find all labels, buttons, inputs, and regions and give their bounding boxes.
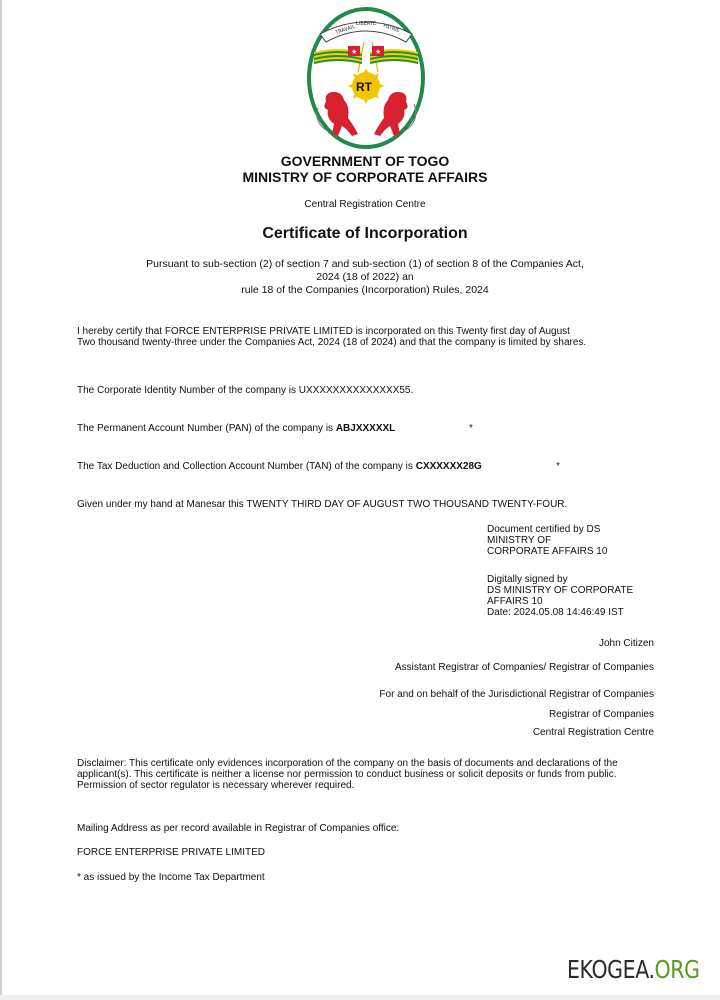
registrar-line: Registrar of Companies — [549, 709, 654, 720]
certify-statement: I hereby certify that FORCE ENTERPRISE P… — [77, 326, 586, 348]
ministry-title: MINISTRY OF CORPORATE AFFAIRS — [0, 169, 720, 185]
certificate-document: TRAVAIL LIBERTÉ PATRIE ★ ★ — [0, 0, 720, 1000]
certificate-title: Certificate of Incorporation — [0, 225, 720, 243]
mailing-address-label: Mailing Address as per record available … — [77, 823, 399, 834]
given-statement: Given under my hand at Manesar this TWEN… — [77, 499, 567, 510]
tan-footnote-mark: * — [556, 461, 560, 472]
tan-value: CXXXXXX28G — [416, 461, 482, 472]
motto-liberte: LIBERTÉ — [356, 19, 376, 27]
signatory-name: John Citizen — [599, 638, 654, 649]
pan-footnote-mark: * — [469, 423, 473, 434]
pan-statement: The Permanent Account Number (PAN) of th… — [77, 423, 395, 434]
cin-statement: The Corporate Identity Number of the com… — [77, 385, 413, 396]
disclaimer: Disclaimer: This certificate only eviden… — [77, 758, 647, 791]
emblem-initials: RT — [356, 80, 373, 94]
on-behalf-line: For and on behalf of the Jurisdictional … — [379, 689, 654, 700]
government-title: GOVERNMENT OF TOGO — [0, 153, 720, 169]
digital-signature-block: Digitally signed by DS MINISTRY OF CORPO… — [487, 574, 633, 618]
svg-text:★: ★ — [375, 48, 381, 56]
togo-coat-of-arms-icon: TRAVAIL LIBERTÉ PATRIE ★ ★ — [306, 6, 426, 150]
tan-statement: The Tax Deduction and Collection Account… — [77, 461, 482, 472]
mailing-address-name: FORCE ENTERPRISE PRIVATE LIMITED — [77, 847, 265, 858]
sun-icon: RT — [348, 68, 384, 104]
registration-centre: Central Registration Centre — [0, 199, 720, 210]
pursuant-clause: Pursuant to sub-section (2) of section 7… — [100, 258, 630, 297]
ekogea-watermark: EKOGEA.ORG — [567, 955, 700, 984]
income-tax-footnote: * as issued by the Income Tax Department — [77, 872, 265, 883]
pan-value: ABJXXXXXL — [336, 423, 395, 434]
centre-line: Central Registration Centre — [533, 727, 654, 738]
certified-by-block: Document certified by DS MINISTRY OF COR… — [487, 524, 607, 557]
svg-text:★: ★ — [351, 48, 357, 56]
signatory-role: Assistant Registrar of Companies/ Regist… — [395, 662, 654, 673]
